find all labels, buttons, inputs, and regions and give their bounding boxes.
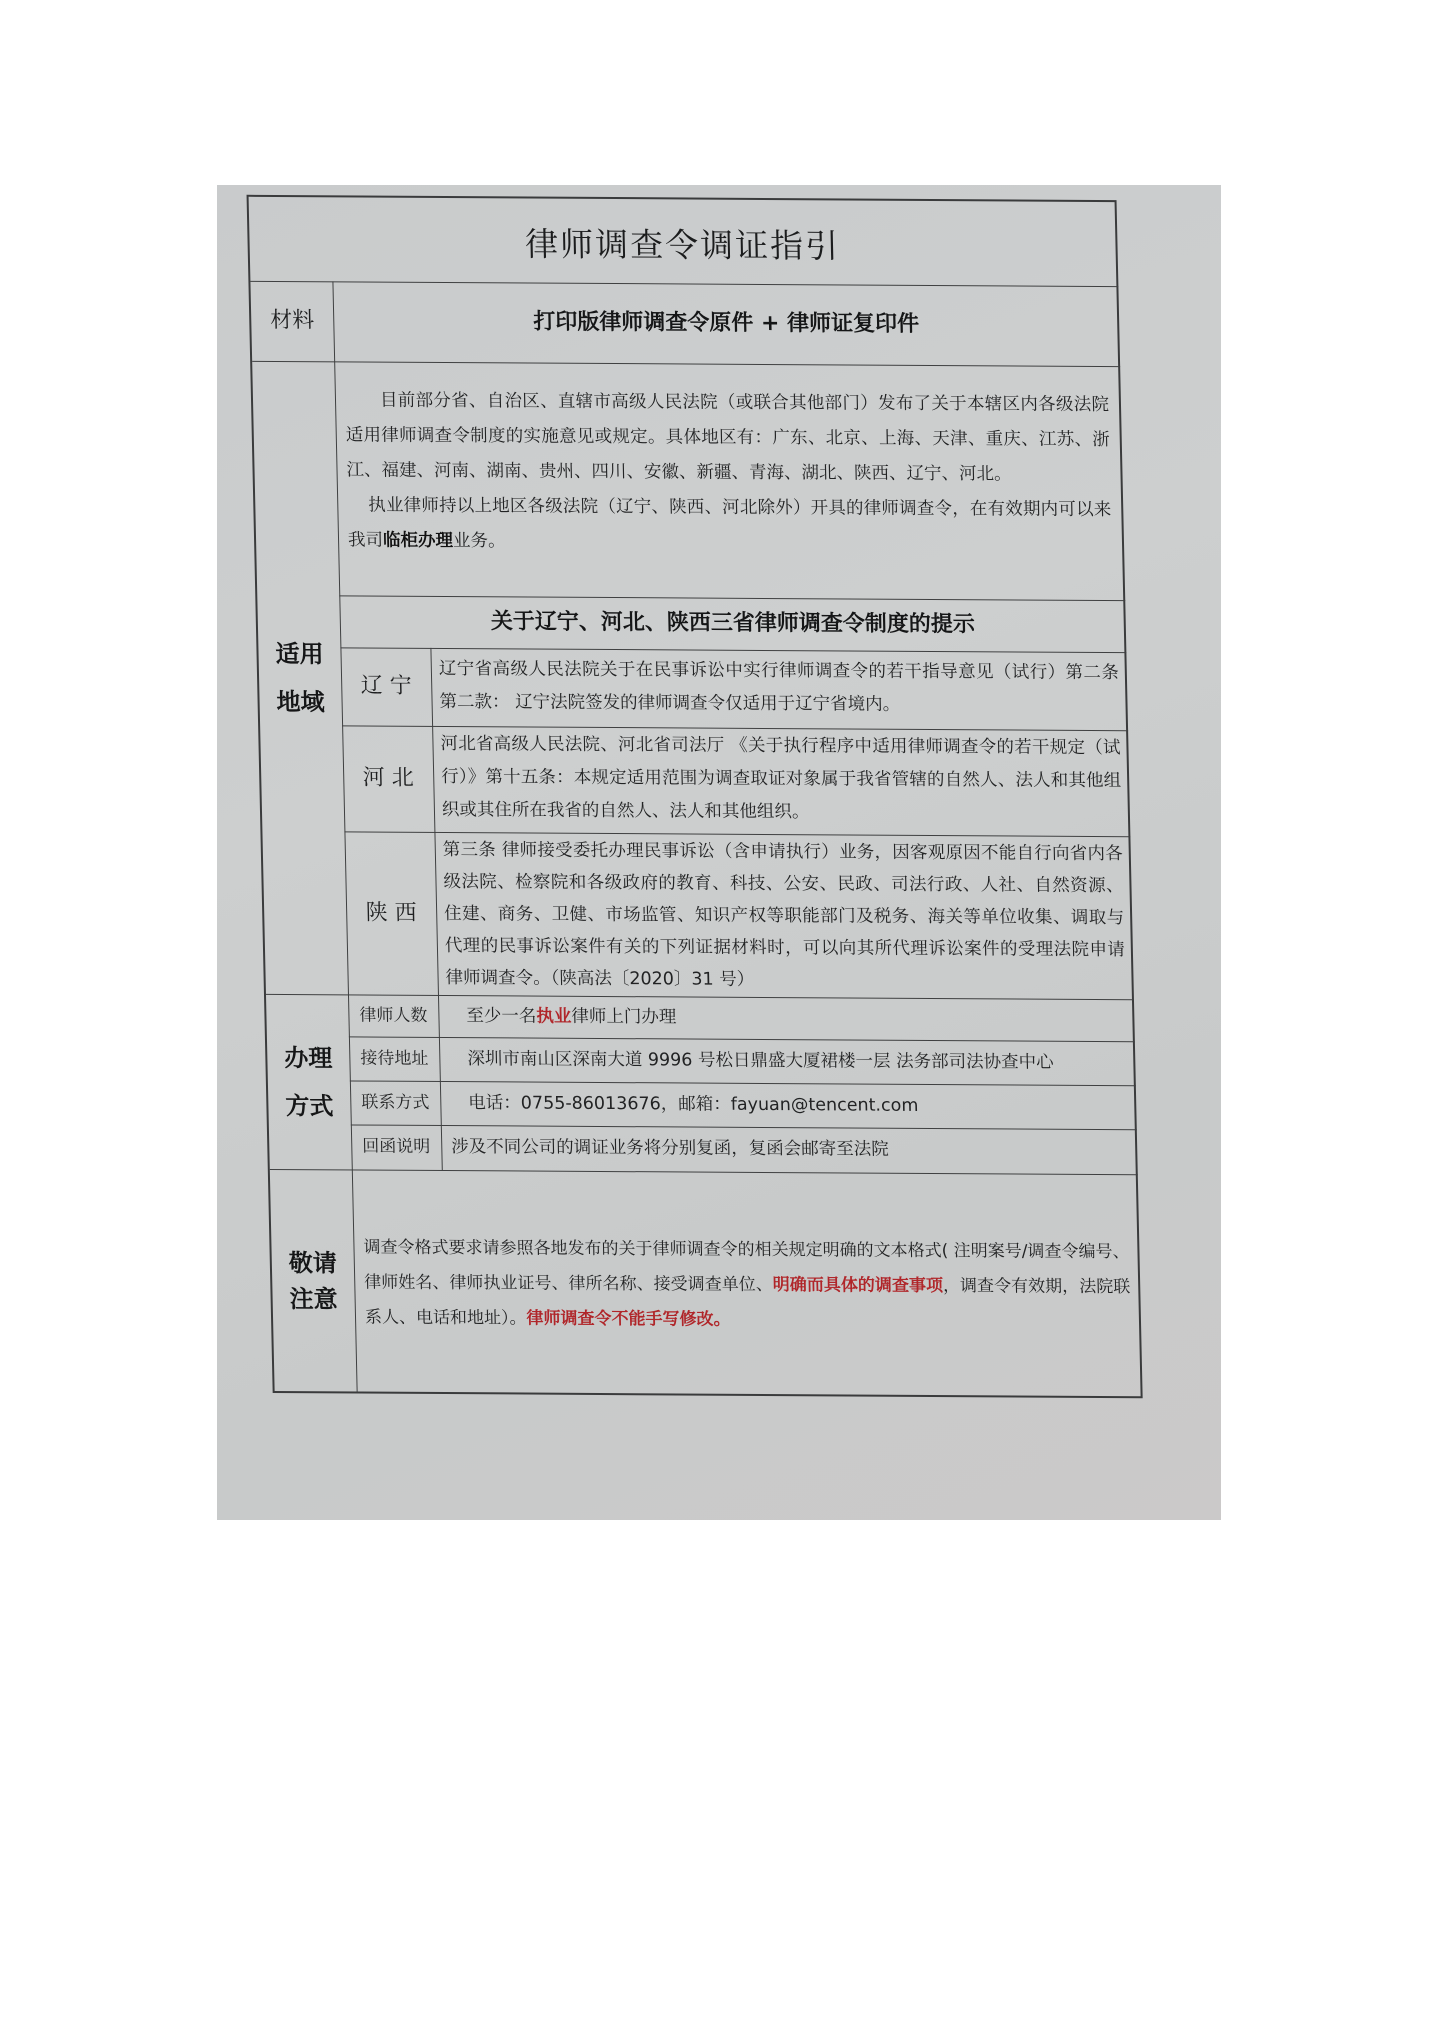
- region-text-liaoning: 辽宁省高级人民法院关于在民事诉讼中实行律师调查令的若干指导意见（试行）第二条第二…: [439, 653, 1120, 723]
- attention-text: 调查令格式要求请参照各地发布的关于律师调查令的相关规定明确的文本格式( 注明案号…: [363, 1231, 1131, 1341]
- region-text-hebei: 河北省高级人民法院、河北省司法厅 《关于执行程序中适用律师调查令的若干规定（试行…: [440, 728, 1122, 831]
- scope-label: 适用 地域: [252, 361, 348, 995]
- materials-value: 打印版律师调查令原件 + 律师证复印件: [332, 281, 1120, 366]
- procedure-label-contact: 联系方式: [350, 1080, 441, 1125]
- procedure-label-line1: 办理: [267, 1033, 350, 1082]
- region-text-shaanxi: 第三条 律师接受委托办理民事诉讼（含申请执行）业务，因客观原因不能自行向省内各级…: [442, 834, 1125, 998]
- intro-paragraph-1: 目前部分省、自治区、直辖市高级人民法院（或联合其他部门）发布了关于本辖区内各级法…: [345, 383, 1111, 493]
- procedure-value-reply: 涉及不同公司的调证业务将分别复函，复函会邮寄至法院: [451, 1125, 889, 1173]
- procedure-value-address: 深圳市南山区深南大道 9996 号松日鼎盛大厦裙楼一层 法务部司法协查中心: [467, 1037, 1054, 1085]
- materials-label: 材料: [250, 281, 334, 362]
- notice-header: 关于辽宁、河北、陕西三省律师调查令制度的提示: [339, 595, 1126, 652]
- region-name-shaanxi: 陕 西: [344, 831, 438, 995]
- page-title: 律师调查令调证指引: [249, 217, 1116, 269]
- procedure-label: 办理 方式: [266, 994, 352, 1170]
- attention-label-line2: 注意: [272, 1281, 355, 1318]
- scope-label-line1: 适用: [258, 629, 341, 678]
- procedure-value-contact: 电话：0755-86013676，邮箱：fayuan@tencent.com: [468, 1081, 919, 1128]
- procedure-label-lawyer-count: 律师人数: [348, 994, 439, 1037]
- attention-label-line1: 敬请: [271, 1245, 354, 1282]
- region-name-hebei: 河 北: [342, 725, 434, 832]
- scope-label-line2: 地域: [259, 677, 342, 726]
- procedure-label-line2: 方式: [268, 1081, 351, 1130]
- counter-handling-emphasis: 临柜办理: [383, 531, 453, 551]
- guide-sheet: 律师调查令调证指引 材料 打印版律师调查令原件 + 律师证复印件 适用 地域 目…: [273, 195, 1152, 1400]
- region-name-liaoning: 辽 宁: [340, 647, 432, 726]
- procedure-label-reply: 回函说明: [351, 1124, 442, 1170]
- guide-table: 律师调查令调证指引 材料 打印版律师调查令原件 + 律师证复印件 适用 地域 目…: [247, 195, 1143, 1398]
- no-handwritten-edits-warning: 律师调查令不能手写修改。: [526, 1309, 730, 1330]
- procedure-label-address: 接待地址: [349, 1036, 440, 1081]
- intro-paragraph-2: 执业律师持以上地区各级法院（辽宁、陕西、河北除外）开具的律师调查令，在有效期内可…: [347, 488, 1113, 563]
- licensed-emphasis: 执业: [536, 1007, 571, 1027]
- attention-label: 敬请 注意: [270, 1169, 357, 1394]
- scope-intro: 目前部分省、自治区、直辖市高级人民法院（或联合其他部门）发布了关于本辖区内各级法…: [345, 383, 1113, 563]
- specific-matters-emphasis: 明确而具体的调查事项: [773, 1275, 944, 1296]
- procedure-value-lawyer-count: 至少一名执业律师上门办理: [466, 995, 677, 1038]
- document-photo: 律师调查令调证指引 材料 打印版律师调查令原件 + 律师证复印件 适用 地域 目…: [217, 185, 1221, 1520]
